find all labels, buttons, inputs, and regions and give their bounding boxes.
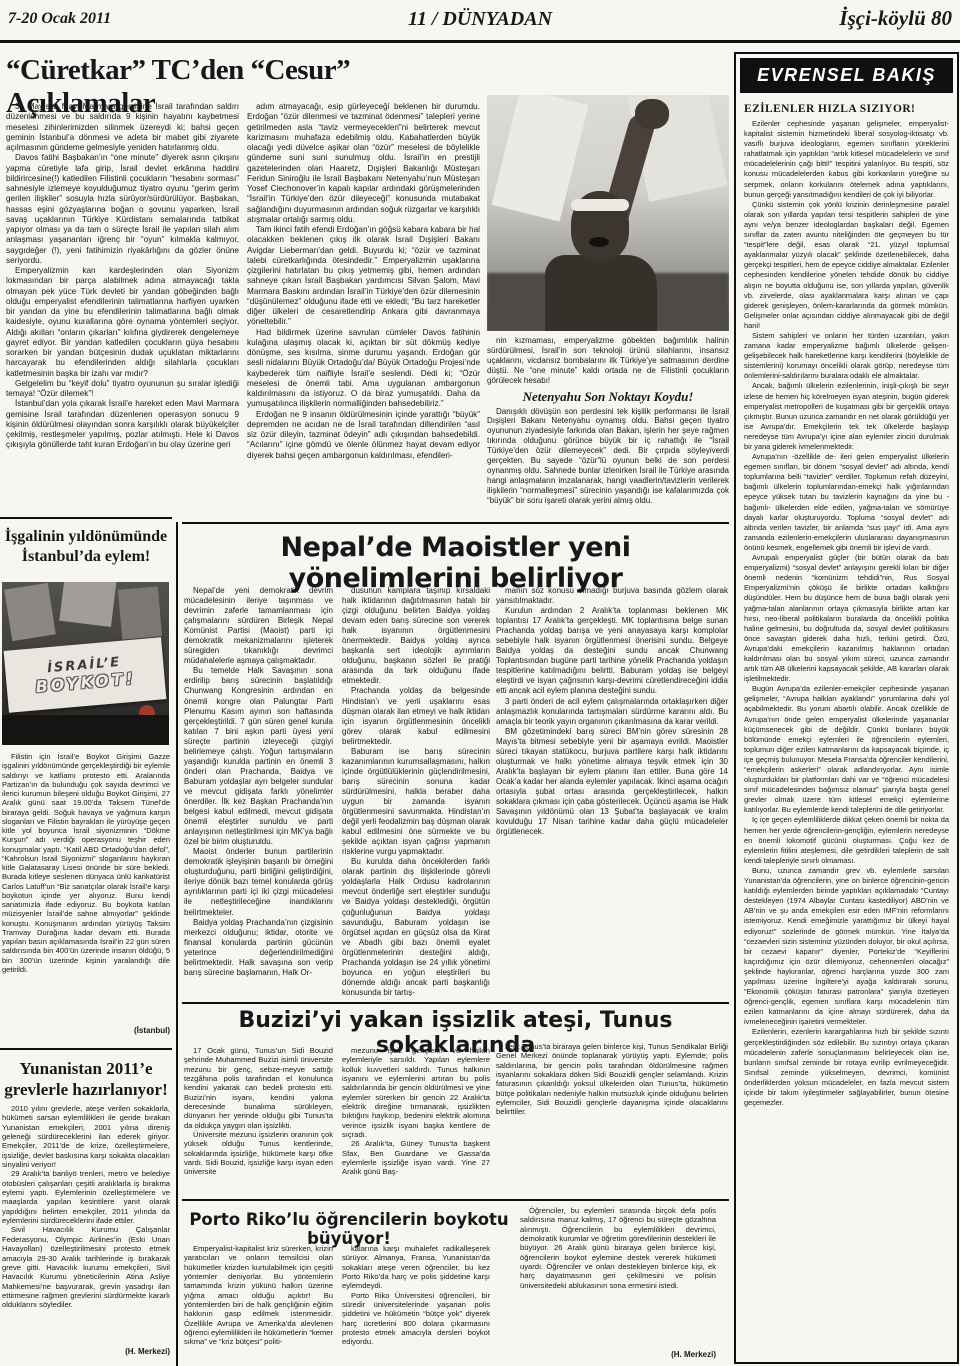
evrensel-bakis-body: Ezilenler cephesinde yaşanan gelişmeler,… (736, 117, 957, 1311)
porto-headline: Porto Riko’lu öğrencilerin boykotu büyüy… (184, 1210, 514, 1248)
divider (182, 1002, 729, 1004)
buzizi-column-1: 17 Ocak günü, Tunus’un Sidi Bouzid şehri… (184, 1046, 333, 1194)
newspaper-page: 7-20 Ocak 2011 11 / DÜNYADAN İşçi-köylü … (0, 0, 960, 1366)
nepal-column-3: manın söz konusu olmadığı burjuva basınd… (496, 586, 728, 996)
isgal-signature: (İstanbul) (2, 1026, 170, 1035)
lead-column-1: 31 Mayıs’ta Mavi Marmara gemisine İsrail… (6, 102, 239, 512)
figure-silhouette (545, 255, 657, 331)
fist-silhouette (635, 99, 669, 129)
masthead-rule (0, 40, 960, 43)
mouth-shape (589, 237, 609, 247)
nepal-column-1: Nepal’de yeni demokratik devrim mücadele… (184, 586, 333, 996)
evrensel-bakis-subhead: EZİLENLER HIZLA SIZIYOR! (736, 93, 957, 117)
flag-shape (4, 583, 56, 641)
yunanistan-headline: Yunanistan 2011’e grevlerle hazırlanıyor… (2, 1058, 170, 1100)
porto-column-1: Emperyalist-kapitalist kriz sürerken, kr… (184, 1244, 333, 1362)
divider (0, 517, 172, 519)
lead-column-2: adım atmayacağı, esip gürleyeceği beklen… (247, 102, 480, 522)
divider (0, 1048, 172, 1050)
evrensel-bakis-title: EVRENSEL BAKIŞ (740, 58, 953, 93)
lead-col3-continuation: nin kızmaması, emperyalizme göbekten bağ… (487, 336, 729, 386)
lead-col3-after-subhead: Danışıklı dövüşün son perdesini tek kişi… (487, 407, 729, 506)
nepal-column-2: dusunun kamplara taşınıp kırsaldaki halk… (342, 586, 490, 996)
column-rule (176, 522, 178, 1366)
masthead-section-title: 11 / DÜNYADAN (0, 8, 960, 31)
protest-photo (487, 95, 729, 331)
lead-subheadline: Netenyahu Son Noktayı Koydu! (487, 389, 729, 405)
nepal-headline: Nepal’de Maoistler yeni yönelimlerini be… (182, 532, 729, 594)
divider (182, 522, 729, 524)
boykot-photo: İSRAİL’E BOYKOT! (2, 582, 169, 745)
masthead-paper-name: İşçi-köylü 80 (839, 6, 952, 31)
isgal-body: Filistin için İsrail’e Boykot Girişimi G… (2, 752, 170, 1024)
boykot-banner: İSRAİL’E BOYKOT! (4, 637, 167, 713)
flag-shape (118, 586, 162, 639)
divider (182, 1199, 729, 1201)
lead-column-3: nin kızmaması, emperyalizme göbekten bağ… (487, 336, 729, 522)
buzizi-column-2: mezunu işsiz gençlerin ve halkın eylemle… (342, 1046, 490, 1194)
flag-shape (59, 582, 116, 627)
porto-column-2: kalarına karşı muhalefet radikalleşerek … (342, 1244, 490, 1362)
isgal-headline: İşgalinin yıldönümünde İstanbul’da eylem… (2, 527, 170, 567)
porto-signature: (H. Merkezi) (520, 1350, 716, 1359)
crowd-silhouette (2, 715, 169, 745)
buzizi-column-3: kent Tunus’ta biraraya gelen binlerce ki… (496, 1042, 728, 1194)
yunanistan-body: 2010 yılını grevlerle, ateşe verilen sok… (2, 1104, 170, 1344)
headband-shape (571, 199, 629, 211)
evrensel-bakis-column: EVRENSEL BAKIŞ EZİLENLER HIZLA SIZIYOR! … (734, 52, 959, 1364)
porto-column-3: Öğrenciler, bu eylemleri sırasında birço… (520, 1206, 716, 1348)
yunanistan-signature: (H. Merkezi) (2, 1347, 170, 1356)
